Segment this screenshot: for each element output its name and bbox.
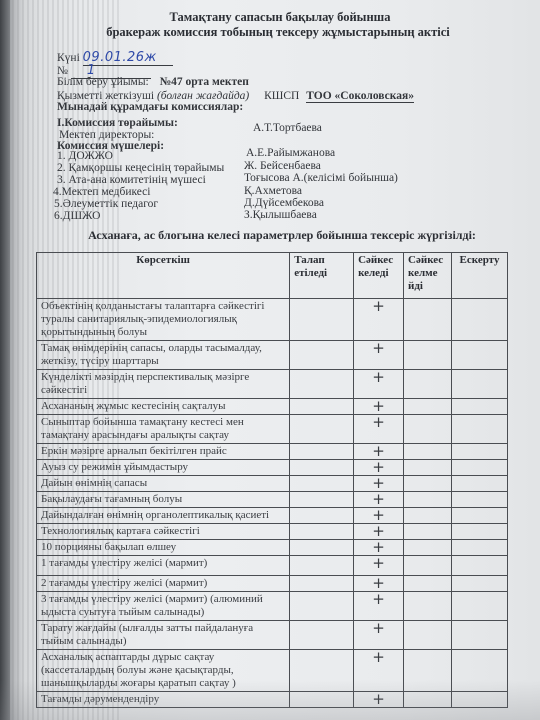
- commission-heading: Мынадай құрамдағы комиссиялар:: [57, 101, 243, 113]
- table-row: Күнделікті мәзірдің перспективалық мәзір…: [37, 370, 508, 399]
- table-row: Дайын өнімнің сапасы+: [37, 476, 508, 492]
- indicator-cell: 2 тағамды үлестіру желісі (мармит): [37, 576, 290, 592]
- note-cell: [452, 476, 508, 492]
- note-cell: [452, 592, 508, 621]
- document-title-line-1: Тамақтану сапасын бақылау бойынша: [10, 10, 540, 25]
- indicator-cell: Дайындалған өнімнің органолептикалық қас…: [37, 508, 290, 524]
- compliant-cell: +: [354, 621, 404, 650]
- member-role: 1. ДОЖЖО: [57, 150, 113, 162]
- table-header-row: Көрсеткіш Талап етіледі Сәйкес келеді Сә…: [37, 253, 508, 299]
- noncompliant-cell: [404, 370, 452, 399]
- table-row: Тамақ өнімдерінің сапасы, оларды тасымал…: [37, 341, 508, 370]
- member-name: А.Е.Райымжанова: [246, 147, 335, 159]
- document-title-line-2: бракераж комиссия тобының тексеру жұмыст…: [8, 25, 540, 40]
- table-row: Еркін мәзірге арналып бекітілген прайс+: [37, 444, 508, 460]
- scanned-paper: Тамақтану сапасын бақылау бойынша бракер…: [0, 0, 540, 720]
- indicator-cell: 10 порцияны бақылап өлшеу: [37, 540, 290, 556]
- required-cell: [290, 540, 354, 556]
- note-cell: [452, 460, 508, 476]
- note-cell: [452, 299, 508, 341]
- indicator-cell: Асхананың жұмыс кестесінің сақталуы: [37, 399, 290, 415]
- table-row: 3 тағамды үлестіру желісі (мармит) (алюм…: [37, 592, 508, 621]
- table-row: Тарату жағдайы (ылғалды затты пайдалануғ…: [37, 621, 508, 650]
- member-role: 3. Ата-ана комитетінің мүшесі: [57, 174, 206, 186]
- note-cell: [452, 576, 508, 592]
- header-required: Талап етіледі: [290, 253, 354, 299]
- compliant-cell: +: [354, 341, 404, 370]
- required-cell: [290, 476, 354, 492]
- required-cell: [290, 444, 354, 460]
- noncompliant-cell: [404, 576, 452, 592]
- compliant-cell: +: [354, 415, 404, 444]
- header-noncompliant: Сәйкес келме йді: [404, 253, 452, 299]
- member-role: 4.Мектеп медбикесі: [53, 186, 150, 198]
- required-cell: [290, 299, 354, 341]
- header-indicator: Көрсеткіш: [37, 253, 290, 299]
- note-cell: [452, 540, 508, 556]
- indicator-cell: Объектінің қолданыстағы талаптарға сәйке…: [37, 299, 290, 341]
- table-row: Асхананың жұмыс кестесінің сақталуы+: [37, 399, 508, 415]
- organization-row: Білім беру ұйымы: №47 орта мектеп: [57, 76, 249, 88]
- member-name: Қ.Ахметова: [244, 185, 302, 197]
- compliant-cell: +: [354, 592, 404, 621]
- noncompliant-cell: [404, 524, 452, 540]
- required-cell: [290, 621, 354, 650]
- note-cell: [452, 415, 508, 444]
- organization-value: №47 орта мектеп: [160, 76, 249, 88]
- header-compliant: Сәйкес келеді: [354, 253, 404, 299]
- table-row: 10 порцияны бақылап өлшеу+: [37, 540, 508, 556]
- member-role: 5.Әлеуметтік педагог: [54, 198, 158, 210]
- noncompliant-cell: [404, 299, 452, 341]
- note-cell: [452, 444, 508, 460]
- noncompliant-cell: [404, 415, 452, 444]
- table-row: 1 тағамды үлестіру желісі (мармит)+: [37, 556, 508, 576]
- indicator-cell: Технологиялық картаға сәйкестігі: [37, 524, 290, 540]
- table-row: Бақылаудағы тағамның болуы+: [37, 492, 508, 508]
- table-row: Технологиялық картаға сәйкестігі+: [37, 524, 508, 540]
- table-row: Ауыз су режимін ұйымдастыру+: [37, 460, 508, 476]
- indicator-cell: Тамақ өнімдерінің сапасы, оларды тасымал…: [37, 341, 290, 370]
- inspection-table: Көрсеткіш Талап етіледі Сәйкес келеді Сә…: [36, 252, 508, 708]
- note-cell: [452, 399, 508, 415]
- member-name: Д.Дүйсембекова: [244, 197, 324, 209]
- chair-heading: І.Комиссия төрайымы:: [57, 117, 178, 129]
- required-cell: [290, 508, 354, 524]
- required-cell: [290, 576, 354, 592]
- noncompliant-cell: [404, 508, 452, 524]
- scan-bottom-shadow: [0, 680, 540, 720]
- member-name: Ж. Бейсенбаева: [244, 160, 321, 172]
- noncompliant-cell: [404, 341, 452, 370]
- member-name: З.Қылышбаева: [244, 209, 317, 221]
- chair-name: А.Т.Тортбаева: [253, 122, 322, 134]
- required-cell: [290, 492, 354, 508]
- table-row: Дайындалған өнімнің органолептикалық қас…: [37, 508, 508, 524]
- table-body: Объектінің қолданыстағы талаптарға сәйке…: [37, 299, 508, 708]
- noncompliant-cell: [404, 540, 452, 556]
- noncompliant-cell: [404, 556, 452, 576]
- required-cell: [290, 524, 354, 540]
- note-cell: [452, 492, 508, 508]
- note-cell: [452, 370, 508, 399]
- supplier-value: ТОО «Соколовская»: [306, 90, 414, 103]
- noncompliant-cell: [404, 399, 452, 415]
- table-row: 2 тағамды үлестіру желісі (мармит)+: [37, 576, 508, 592]
- inspection-heading: Асханаға, ас блогына келесі параметрлер …: [12, 228, 540, 243]
- note-cell: [452, 341, 508, 370]
- required-cell: [290, 370, 354, 399]
- noncompliant-cell: [404, 460, 452, 476]
- noncompliant-cell: [404, 621, 452, 650]
- indicator-cell: Ауыз су режимін ұйымдастыру: [37, 460, 290, 476]
- indicator-cell: Сыныптар бойынша тамақтану кестесі мен т…: [37, 415, 290, 444]
- header-note: Ескерту: [452, 253, 508, 299]
- member-role: 6.ДШЖО: [54, 210, 100, 222]
- indicator-cell: Күнделікті мәзірдің перспективалық мәзір…: [37, 370, 290, 399]
- compliant-cell: +: [354, 556, 404, 576]
- table-row: Объектінің қолданыстағы талаптарға сәйке…: [37, 299, 508, 341]
- indicator-cell: 3 тағамды үлестіру желісі (мармит) (алюм…: [37, 592, 290, 621]
- table-row: Сыныптар бойынша тамақтану кестесі мен т…: [37, 415, 508, 444]
- indicator-cell: 1 тағамды үлестіру желісі (мармит): [37, 556, 290, 576]
- required-cell: [290, 592, 354, 621]
- indicator-cell: Тарату жағдайы (ылғалды затты пайдалануғ…: [37, 621, 290, 650]
- note-cell: [452, 556, 508, 576]
- note-cell: [452, 524, 508, 540]
- compliant-cell: +: [354, 299, 404, 341]
- required-cell: [290, 460, 354, 476]
- required-cell: [290, 556, 354, 576]
- required-cell: [290, 415, 354, 444]
- organization-label: Білім беру ұйымы:: [57, 76, 149, 88]
- indicator-cell: Бақылаудағы тағамның болуы: [37, 492, 290, 508]
- supplier-prefix: КШСП: [264, 90, 299, 102]
- note-cell: [452, 621, 508, 650]
- noncompliant-cell: [404, 444, 452, 460]
- required-cell: [290, 341, 354, 370]
- scan-edge-shadow: [0, 0, 10, 720]
- indicator-cell: Еркін мәзірге арналып бекітілген прайс: [37, 444, 290, 460]
- required-cell: [290, 399, 354, 415]
- noncompliant-cell: [404, 492, 452, 508]
- noncompliant-cell: [404, 592, 452, 621]
- member-name: Тоғысова А.(келісімі бойынша): [244, 172, 398, 184]
- note-cell: [452, 508, 508, 524]
- compliant-cell: +: [354, 370, 404, 399]
- indicator-cell: Дайын өнімнің сапасы: [37, 476, 290, 492]
- noncompliant-cell: [404, 476, 452, 492]
- member-role: 2. Қамқоршы кеңесінің төрайымы: [57, 162, 224, 174]
